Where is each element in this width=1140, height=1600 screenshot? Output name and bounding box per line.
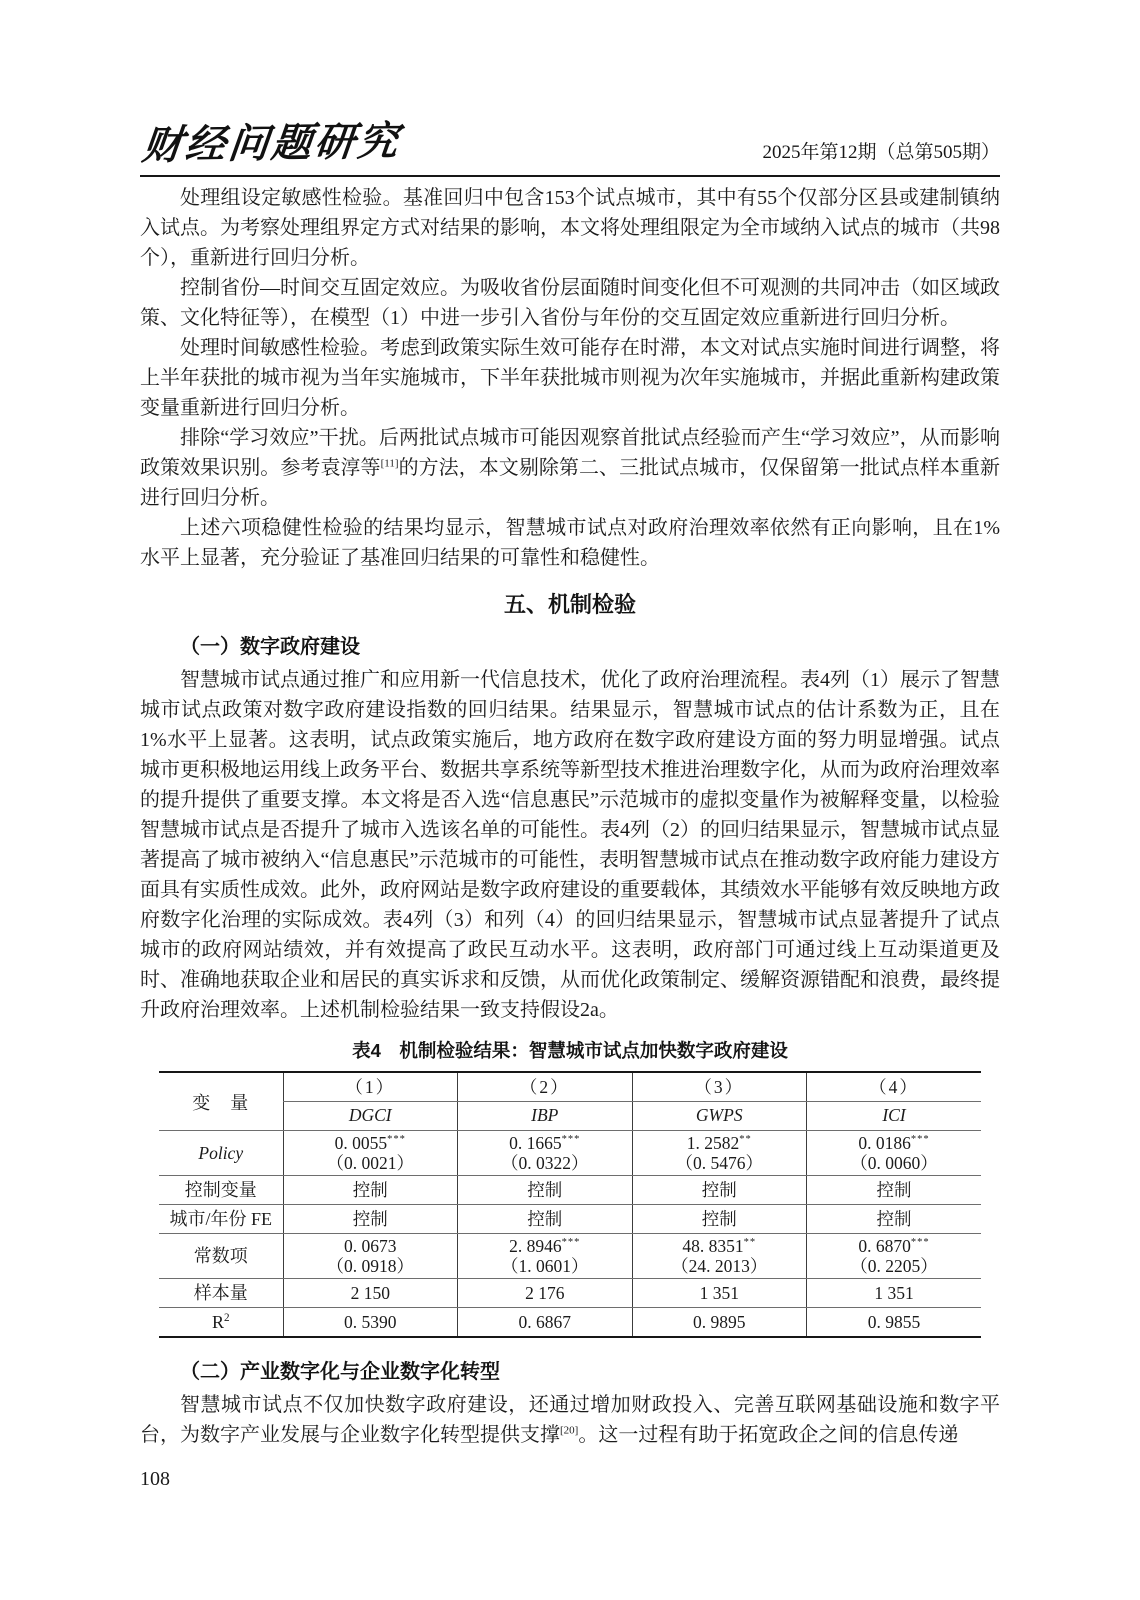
table-row: R20. 53900. 68670. 98950. 9855: [159, 1308, 981, 1338]
table-cell: 1. 2582**（0. 5476）: [632, 1131, 807, 1176]
table-cell: 2 176: [458, 1279, 633, 1308]
paragraph: 处理组设定敏感性检验。基准回归中包含153个试点城市，其中有55个仅部分区县或建…: [140, 183, 1000, 273]
section-heading: 五、机制检验: [140, 588, 1000, 619]
table4-body: 变 量（1）（2）（3）（4）DGCIIBPGWPSICIPolicy0. 00…: [159, 1072, 981, 1337]
table-header-row-1: 变 量（1）（2）（3）（4）: [159, 1072, 981, 1102]
table-cell: 控制: [632, 1205, 807, 1234]
significance-stars: **: [744, 1237, 757, 1248]
table-cell: 0. 9895: [632, 1308, 807, 1338]
page-header: 财经问题研究 2025年第12期（总第505期）: [140, 124, 1000, 177]
table-cell: 控制: [283, 1176, 458, 1205]
table-cell: 控制: [458, 1176, 633, 1205]
paragraph: 智慧城市试点不仅加快数字政府建设，还通过增加财政投入、完善互联网基础设施和数字平…: [140, 1390, 1000, 1450]
table-stub-header: 变 量: [159, 1072, 283, 1131]
paragraph: 上述六项稳健性检验的结果均显示，智慧城市试点对政府治理效率依然有正向影响，且在1…: [140, 513, 1000, 573]
page-number: 108: [140, 1468, 1000, 1491]
table-cell: 0. 6867: [458, 1308, 633, 1338]
table-cell: 0. 0186***（0. 0060）: [807, 1131, 982, 1176]
cell-coefficient: 2. 8946***: [458, 1234, 632, 1256]
table-column-number: （2）: [458, 1072, 633, 1102]
cell-coefficient: 0. 1665***: [458, 1131, 632, 1153]
table-header-row-2: DGCIIBPGWPSICI: [159, 1102, 981, 1131]
table-row: 样本量2 1502 1761 3511 351: [159, 1279, 981, 1308]
table-variable-header: IBP: [458, 1102, 633, 1131]
cell-coefficient: 0. 0186***: [807, 1131, 981, 1153]
table-cell: 1 351: [632, 1279, 807, 1308]
table-row-label: 控制变量: [159, 1176, 283, 1205]
table-column-number: （4）: [807, 1072, 982, 1102]
table-cell: 控制: [807, 1176, 982, 1205]
significance-stars: ***: [387, 1134, 406, 1145]
table-cell: 48. 8351**（24. 2013）: [632, 1234, 807, 1279]
journal-logo: 财经问题研究: [140, 120, 403, 168]
significance-stars: ***: [911, 1134, 930, 1145]
cell-coefficient: 1. 2582**: [633, 1131, 807, 1153]
table-cell: 控制: [283, 1205, 458, 1234]
paragraph: 排除“学习效应”干扰。后两批试点城市可能因观察首批试点经验而产生“学习效应”，从…: [140, 423, 1000, 513]
issue-info: 2025年第12期（总第505期）: [762, 141, 1000, 168]
table-cell: 0. 0055***（0. 0021）: [283, 1131, 458, 1176]
citation-superscript: [20]: [560, 1424, 578, 1436]
table-cell: 0. 1665***（0. 0322）: [458, 1131, 633, 1176]
cell-standard-error: （0. 0060）: [807, 1153, 981, 1175]
cell-coefficient: 48. 8351**: [633, 1234, 807, 1256]
table-row-label: R2: [159, 1308, 283, 1338]
table-cell: 0. 5390: [283, 1308, 458, 1338]
table-cell: 2 150: [283, 1279, 458, 1308]
page-content: 财经问题研究 2025年第12期（总第505期） 处理组设定敏感性检验。基准回归…: [140, 0, 1000, 1491]
table-cell: 控制: [807, 1205, 982, 1234]
significance-stars: ***: [562, 1237, 581, 1248]
table-column-number: （1）: [283, 1072, 458, 1102]
subsection-heading-1: （一）数字政府建设: [140, 630, 1000, 659]
cell-standard-error: （0. 0918）: [284, 1256, 458, 1278]
table-title: 表4 机制检验结果：智慧城市试点加快数字政府建设: [140, 1037, 1000, 1063]
subsection-heading-2: （二）产业数字化与企业数字化转型: [140, 1355, 1000, 1384]
table4: 变 量（1）（2）（3）（4）DGCIIBPGWPSICIPolicy0. 00…: [159, 1071, 981, 1338]
table-cell: 控制: [458, 1205, 633, 1234]
cell-coefficient: 0. 0673: [284, 1234, 458, 1256]
table-row-label: 城市/年份 FE: [159, 1205, 283, 1234]
cell-standard-error: （0. 5476）: [633, 1153, 807, 1175]
significance-stars: **: [739, 1134, 752, 1145]
citation-superscript: [11]: [381, 457, 399, 469]
table-cell: 1 351: [807, 1279, 982, 1308]
cell-standard-error: （0. 2205）: [807, 1256, 981, 1278]
cell-standard-error: （1. 0601）: [458, 1256, 632, 1278]
cell-coefficient: 0. 0055***: [284, 1131, 458, 1153]
table-row-label: 常数项: [159, 1234, 283, 1279]
table-cell: 0. 0673（0. 0918）: [283, 1234, 458, 1279]
paragraph: 智慧城市试点通过推广和应用新一代信息技术，优化了政府治理流程。表4列（1）展示了…: [140, 665, 1000, 1025]
paragraph: 控制省份—时间交互固定效应。为吸收省份层面随时间变化但不可观测的共同冲击（如区域…: [140, 273, 1000, 333]
table-cell: 0. 9855: [807, 1308, 982, 1338]
table-variable-header: ICI: [807, 1102, 982, 1131]
row-label-superscript: 2: [224, 1312, 230, 1324]
table-variable-header: GWPS: [632, 1102, 807, 1131]
cell-standard-error: （0. 0021）: [284, 1153, 458, 1175]
table-cell: 0. 6870***（0. 2205）: [807, 1234, 982, 1279]
table-row-label: Policy: [159, 1131, 283, 1176]
table-variable-header: DGCI: [283, 1102, 458, 1131]
significance-stars: ***: [562, 1134, 581, 1145]
paragraph: 处理时间敏感性检验。考虑到政策实际生效可能存在时滞，本文对试点实施时间进行调整，…: [140, 333, 1000, 423]
cell-coefficient: 0. 6870***: [807, 1234, 981, 1256]
cell-standard-error: （0. 0322）: [458, 1153, 632, 1175]
table-row-label: 样本量: [159, 1279, 283, 1308]
table-row: Policy0. 0055***（0. 0021）0. 1665***（0. 0…: [159, 1131, 981, 1176]
cell-standard-error: （24. 2013）: [633, 1256, 807, 1278]
journal-page: { "header": { "logo": "财经问题研究", "issue":…: [0, 0, 1140, 1600]
table-row: 控制变量控制控制控制控制: [159, 1176, 981, 1205]
table-cell: 2. 8946***（1. 0601）: [458, 1234, 633, 1279]
table-cell: 控制: [632, 1176, 807, 1205]
table-column-number: （3）: [632, 1072, 807, 1102]
table-row: 常数项0. 0673（0. 0918）2. 8946***（1. 0601）48…: [159, 1234, 981, 1279]
significance-stars: ***: [911, 1237, 930, 1248]
table-row: 城市/年份 FE控制控制控制控制: [159, 1205, 981, 1234]
